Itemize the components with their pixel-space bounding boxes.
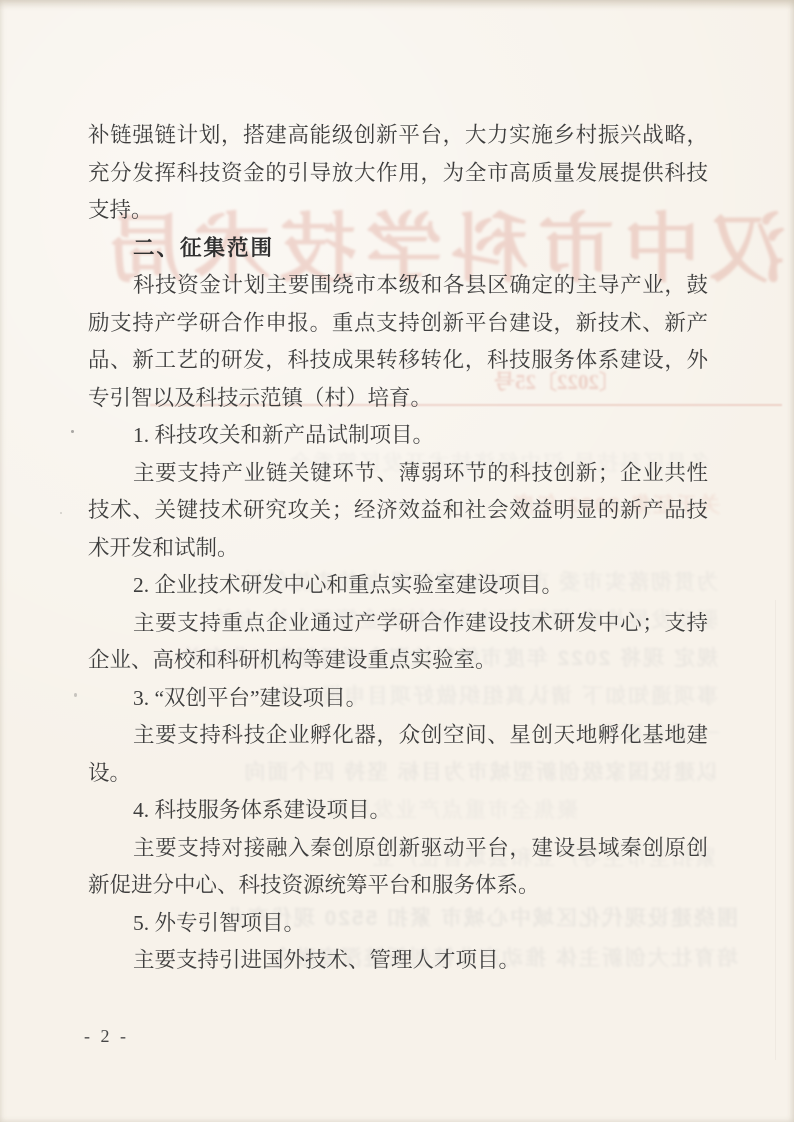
- paragraph: 5. 外专引智项目。: [88, 905, 708, 943]
- page-number: - 2 -: [84, 1026, 129, 1047]
- document-body: 补链强链计划，搭建高能级创新平台，大力实施乡村振兴战略，充分发挥科技资金的引导放…: [88, 117, 708, 980]
- scanned-document-page: { "content": { "paragraphs": [ {"style":…: [0, 0, 794, 1122]
- paragraph: 2. 企业技术研发中心和重点实验室建设项目。: [88, 567, 708, 605]
- paragraph: 主要支持重点企业通过产学研合作建设技术研发中心；支持企业、高校和科研机构等建设重…: [88, 605, 708, 680]
- paragraph: 主要支持引进国外技术、管理人才项目。: [88, 942, 708, 980]
- paragraph: 3. “双创平台”建设项目。: [88, 680, 708, 718]
- paragraph: 主要支持科技企业孵化器，众创空间、星创天地孵化基地建设。: [88, 717, 708, 792]
- section-heading: 二、征集范围: [88, 230, 708, 268]
- paragraph: 1. 科技攻关和新产品试制项目。: [88, 417, 708, 455]
- paragraph: 科技资金计划主要围绕市本级和各县区确定的主导产业，鼓励支持产学研合作申报。重点支…: [88, 267, 708, 417]
- paragraph: 补链强链计划，搭建高能级创新平台，大力实施乡村振兴战略，充分发挥科技资金的引导放…: [88, 117, 708, 230]
- paragraph: 主要支持产业链关键环节、薄弱环节的科技创新；企业共性技术、关键技术研究攻关；经济…: [88, 455, 708, 568]
- paragraph: 4. 科技服务体系建设项目。: [88, 792, 708, 830]
- paragraph: 主要支持对接融入秦创原创新驱动平台，建设县域秦创原创新促进分中心、科技资源统筹平…: [88, 830, 708, 905]
